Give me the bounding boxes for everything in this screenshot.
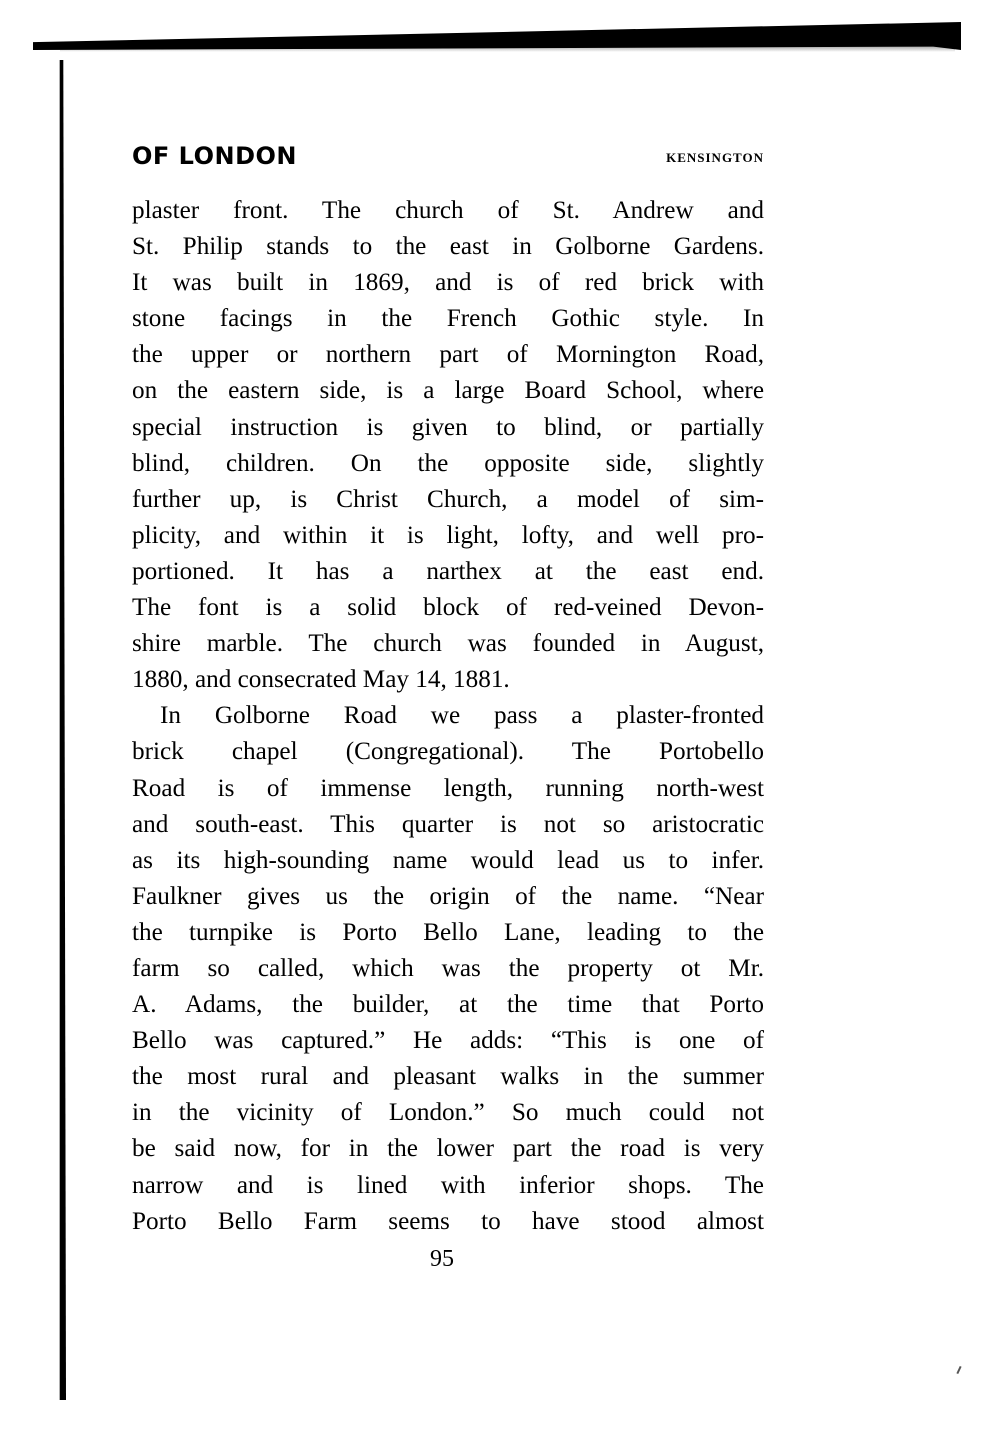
text-line: plicity, and within it is light, lofty, … bbox=[132, 518, 764, 554]
text-line: in the vicinity of London.” So much coul… bbox=[132, 1095, 764, 1131]
running-head-section: KENSINGTON bbox=[666, 150, 764, 166]
text-line: as its high-sounding name would lead us … bbox=[132, 843, 764, 879]
body-text: plaster front. The church of St. Andrew … bbox=[132, 193, 764, 1240]
text-line: shire marble. The church was founded in … bbox=[132, 626, 764, 662]
text-line: and south-east. This quarter is not so a… bbox=[132, 807, 764, 843]
text-line: narrow and is lined with inferior shops.… bbox=[132, 1168, 764, 1204]
page-number-text: 95 bbox=[430, 1246, 454, 1272]
text-line: St. Philip stands to the east in Golborn… bbox=[132, 229, 764, 265]
text-line: special instruction is given to blind, o… bbox=[132, 410, 764, 446]
text-line-paragraph-end: 1880, and consecrated May 14, 1881. bbox=[132, 662, 764, 698]
scan-speck bbox=[956, 1366, 961, 1374]
text-line: A. Adams, the builder, at the time that … bbox=[132, 987, 764, 1023]
text-line: plaster front. The church of St. Andrew … bbox=[132, 193, 764, 229]
text-line: Road is of immense length, running north… bbox=[132, 771, 764, 807]
text-line: Faulkner gives us the origin of the name… bbox=[132, 879, 764, 915]
text-line: blind, children. On the opposite side, s… bbox=[132, 446, 764, 482]
text-line: It was built in 1869, and is of red bric… bbox=[132, 265, 764, 301]
text-line: the turnpike is Porto Bello Lane, leadin… bbox=[132, 915, 764, 951]
running-head-title: OF LONDON bbox=[132, 142, 297, 170]
text-line: be said now, for in the lower part the r… bbox=[132, 1131, 764, 1167]
text-line: stone facings in the French Gothic style… bbox=[132, 301, 764, 337]
text-line: on the eastern side, is a large Board Sc… bbox=[132, 373, 764, 409]
text-line-paragraph-start: In Golborne Road we pass a plaster-front… bbox=[132, 698, 764, 734]
text-line: further up, is Christ Church, a model of… bbox=[132, 482, 764, 518]
page-left-shadow-edge bbox=[57, 60, 66, 1400]
running-head: OF LONDON KENSINGTON bbox=[132, 142, 764, 176]
text-line: Bello was captured.” He adds: “This is o… bbox=[132, 1023, 764, 1059]
text-line: the upper or northern part of Mornington… bbox=[132, 337, 764, 373]
text-line: Porto Bello Farm seems to have stood alm… bbox=[132, 1204, 764, 1240]
text-line: farm so called, which was the property o… bbox=[132, 951, 764, 987]
text-line: The font is a solid block of red-veined … bbox=[132, 590, 764, 626]
text-line: portioned. It has a narthex at the east … bbox=[132, 554, 764, 590]
text-line: the most rural and pleasant walks in the… bbox=[132, 1059, 764, 1095]
page-top-shadow-fade bbox=[60, 46, 955, 52]
page-number: 95 bbox=[0, 1246, 1000, 1273]
text-line: brick chapel (Congregational). The Porto… bbox=[132, 734, 764, 770]
